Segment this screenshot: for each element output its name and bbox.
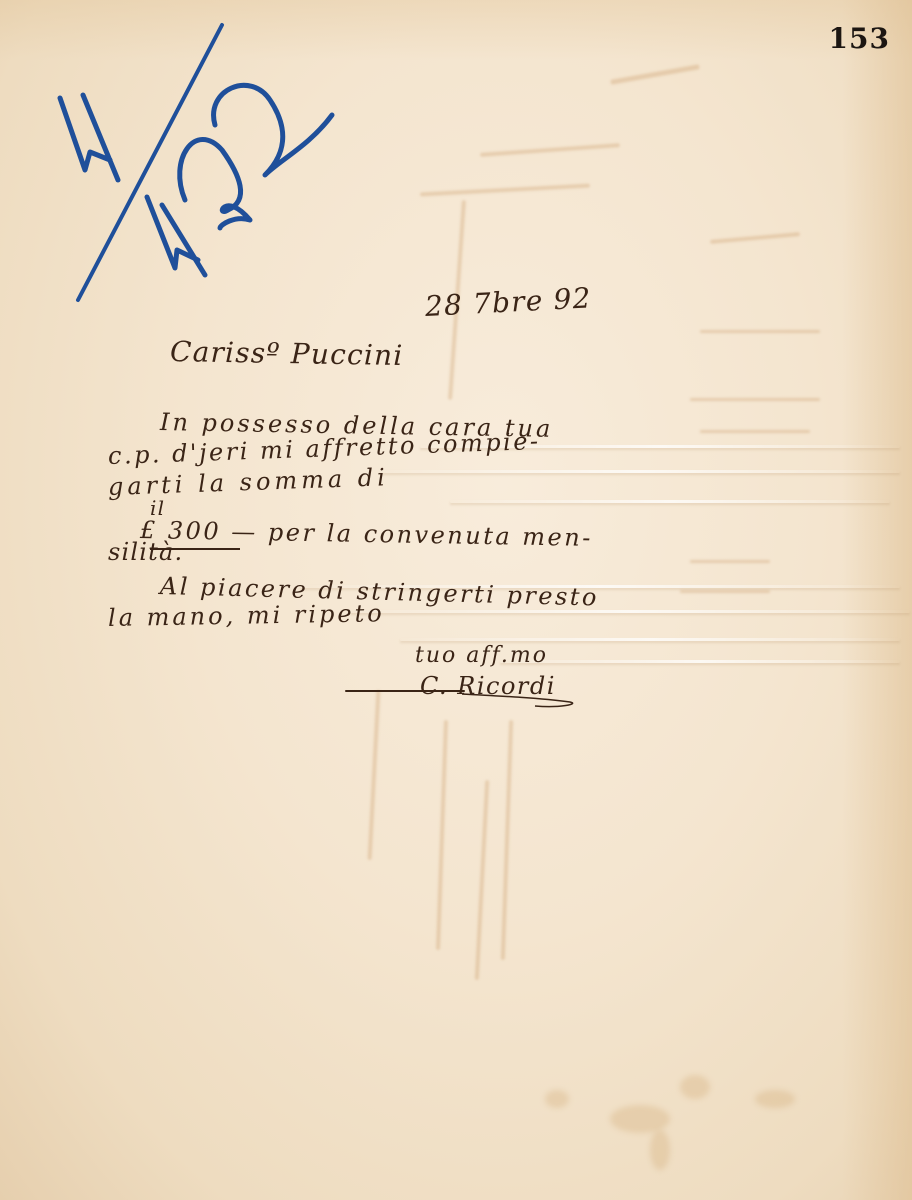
paper-wrinkle (350, 610, 910, 613)
verso-bleed (690, 398, 820, 401)
verso-bleed (610, 64, 700, 85)
letter-closing: tuo aff.mo (415, 643, 548, 668)
paper-wrinkle (380, 470, 900, 473)
letter-date: 28 7bre 92 (424, 281, 592, 323)
verso-bleed (480, 143, 620, 157)
verso-bleed (680, 590, 770, 593)
verso-bleed (700, 430, 810, 433)
paper-stain (680, 1075, 710, 1099)
letter-body-line-8: la mano, mi ripeto (108, 599, 385, 632)
paper-stain (650, 1130, 670, 1170)
verso-bleed (690, 560, 770, 563)
letter-body-line-6: silità. (108, 538, 183, 566)
verso-bleed (710, 232, 800, 244)
paper-stain (610, 1105, 670, 1133)
verso-bleed (501, 720, 513, 960)
verso-bleed (475, 780, 489, 980)
paper-stain (545, 1090, 569, 1108)
signature-flourish (460, 688, 590, 712)
folio-number: 153 (829, 22, 890, 55)
letter-salutation: Carissº Puccini (170, 335, 404, 372)
verso-bleed (368, 690, 381, 860)
archive-mark (50, 10, 350, 310)
paper-wrinkle (400, 638, 900, 641)
paper-stain (755, 1090, 795, 1108)
letter-page: 153 28 7bre 92 Carissº Puccini In posses… (0, 0, 912, 1200)
verso-bleed (420, 184, 590, 197)
paper-aging-right (842, 0, 912, 1200)
letter-body-line-5: £ 300 — per la convenuta men- (140, 516, 593, 552)
verso-bleed (700, 330, 820, 333)
paper-wrinkle (500, 660, 900, 663)
paper-wrinkle (450, 500, 890, 503)
verso-bleed (436, 720, 448, 950)
